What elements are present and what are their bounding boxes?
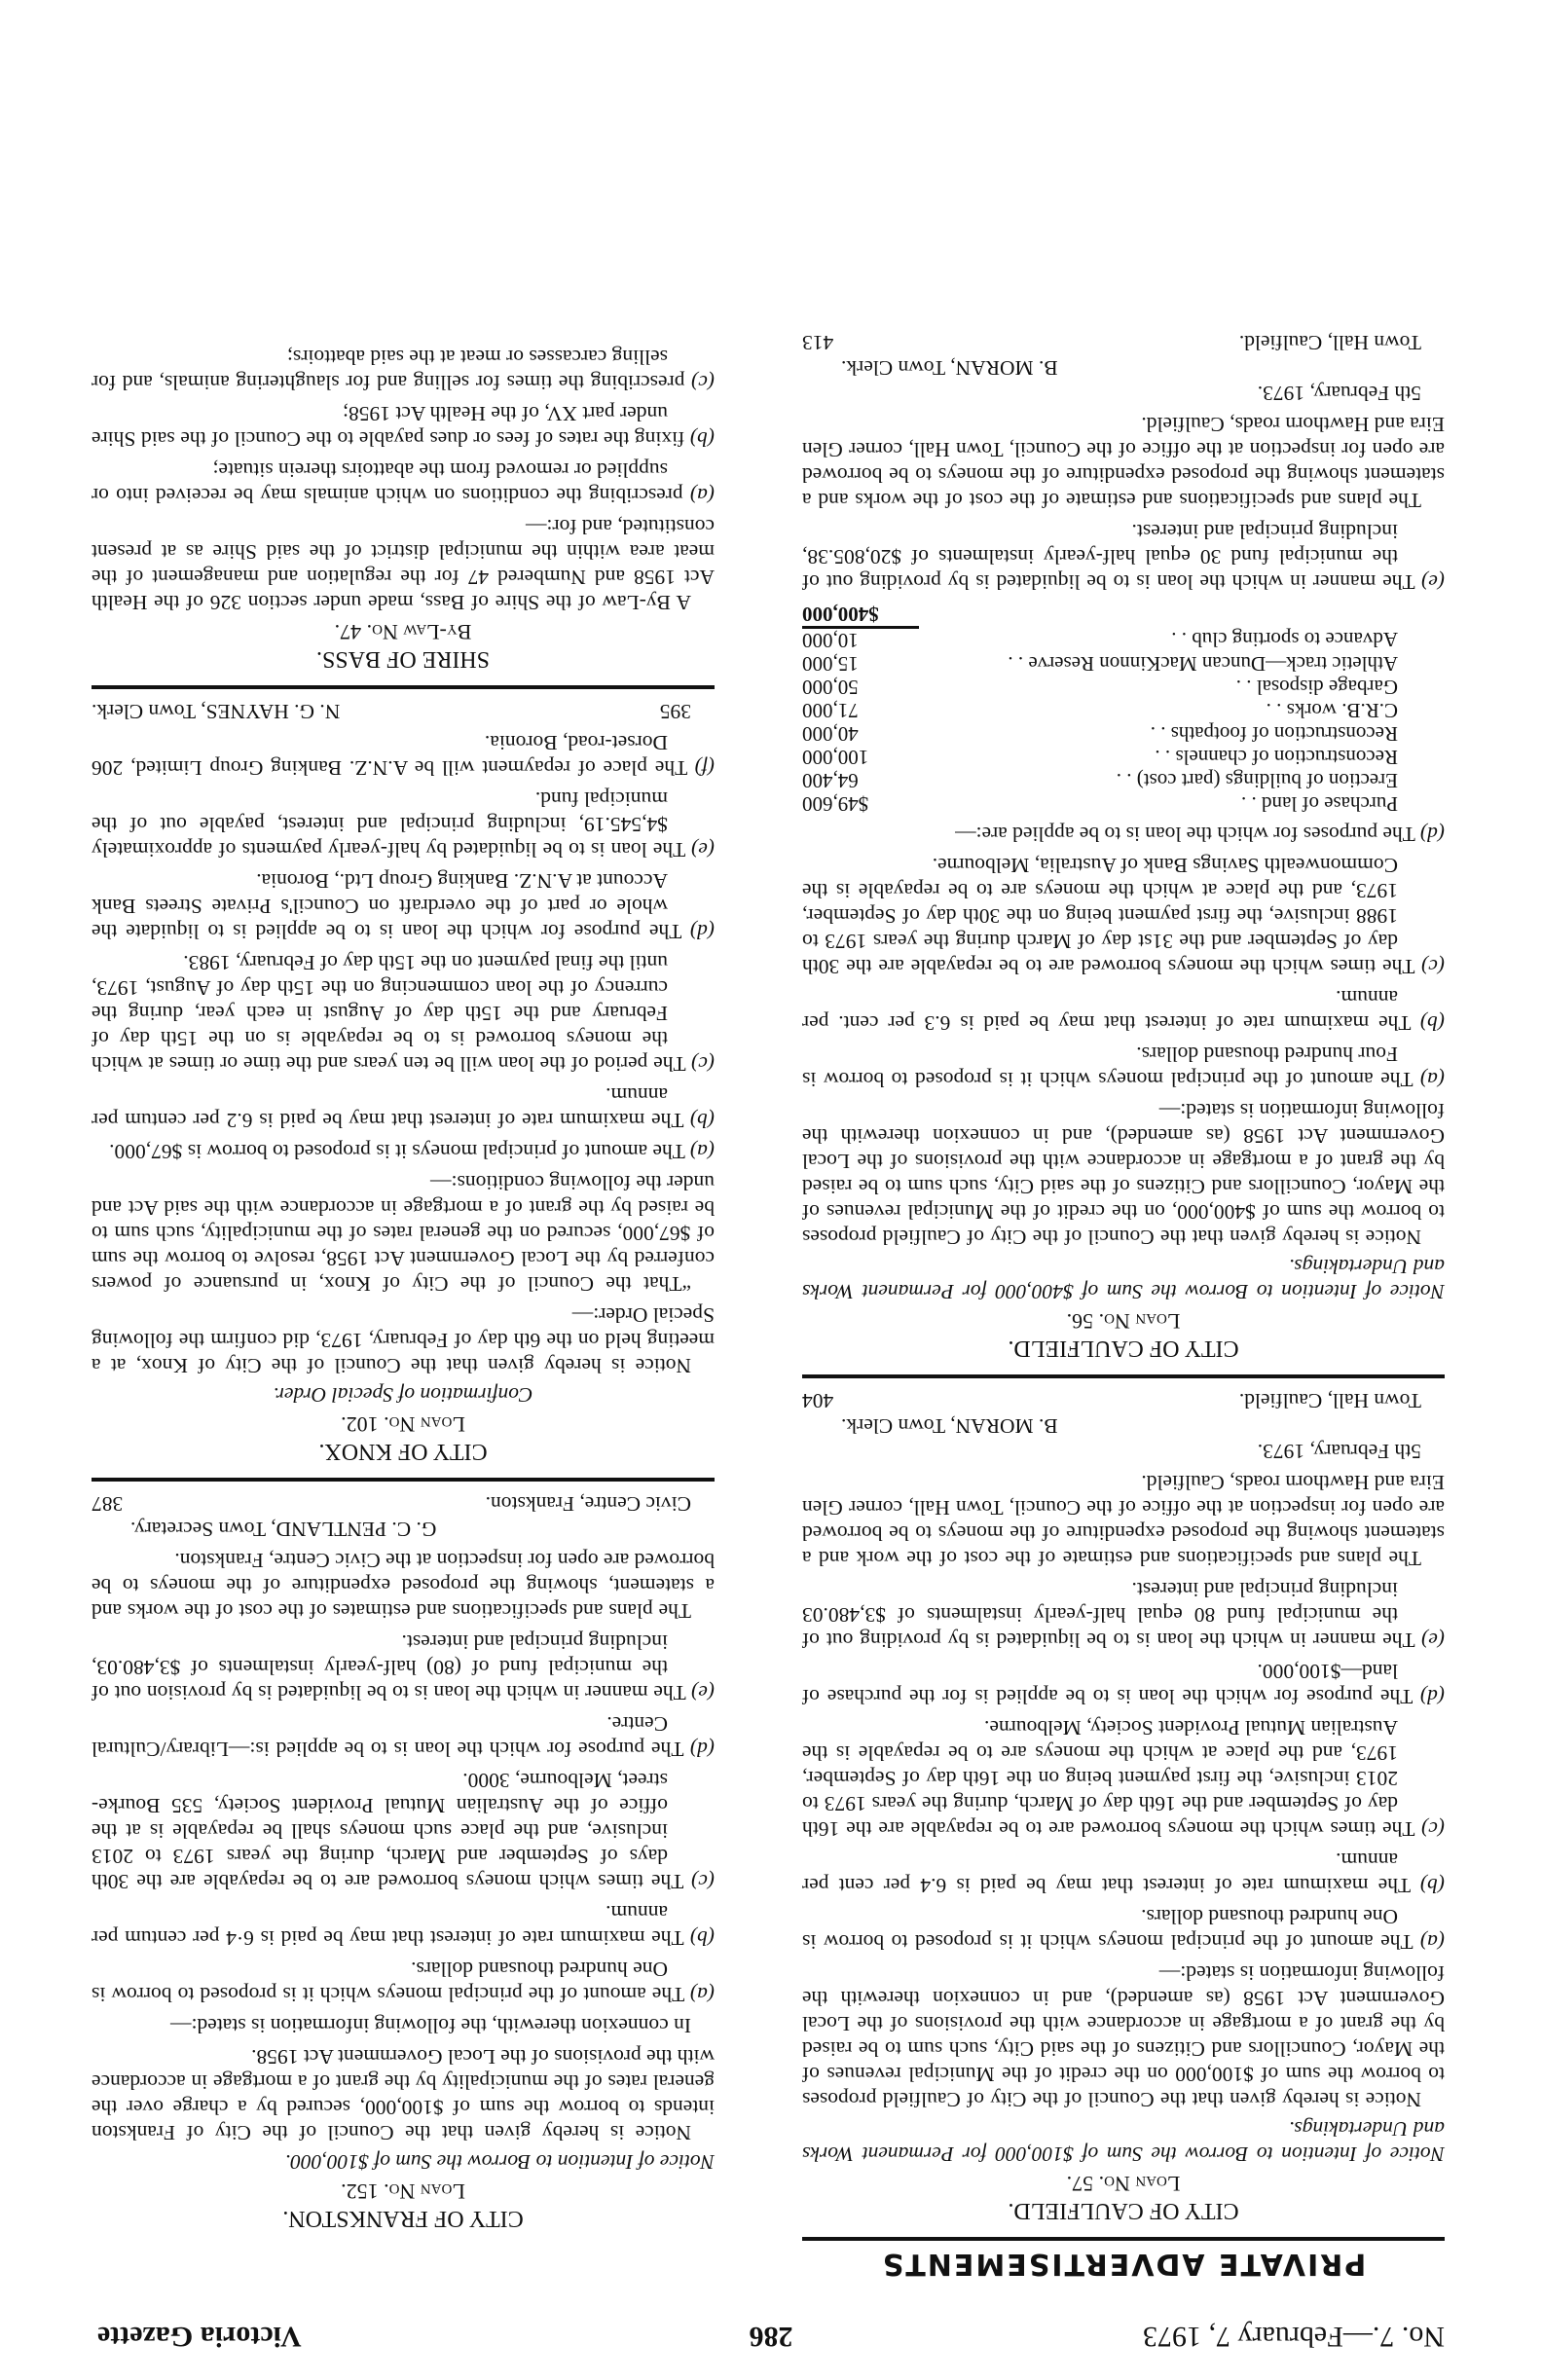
- condition-item: (a) The amount of principal moneys it is…: [92, 1139, 715, 1164]
- item-text: The amount of the principal moneys which…: [802, 1905, 1420, 1954]
- condition-item: (c) prescribing the times for selling an…: [92, 345, 715, 395]
- notice-title: Notice of Intention to Borrow the Sum of…: [802, 1254, 1445, 1304]
- notice-intro: Notice is hereby given that the Council …: [802, 1960, 1445, 2112]
- item-text: The amount of principal moneys it is pro…: [109, 1140, 690, 1163]
- purpose-row: C.R.B. works . .71,000: [802, 699, 1445, 722]
- item-label: (b): [1420, 1874, 1445, 1897]
- item-text: The purpose for which the loan is to be …: [92, 1712, 690, 1761]
- divider: [802, 2237, 1445, 2241]
- item-label: (d): [690, 1738, 715, 1761]
- item-text: The period of the loan will be ten years…: [92, 951, 691, 1076]
- item-label: (e): [1421, 1629, 1445, 1652]
- divider: [802, 1374, 1445, 1378]
- purpose-amount: $49,600: [802, 792, 919, 816]
- item-text: prescribing the times for selling and fo…: [92, 346, 691, 394]
- item-text: The times which the moneys borrowed are …: [802, 1716, 1421, 1841]
- purpose-amount: 50,000: [802, 676, 919, 699]
- condition-item: (c) The period of the loan will be ten y…: [92, 950, 715, 1077]
- divider: [92, 685, 715, 689]
- notice-heading: CITY OF KNOX.: [92, 1439, 715, 1464]
- notice-date: 5th February, 1973.: [802, 381, 1445, 406]
- item-label: (c): [1421, 955, 1445, 978]
- condition-item: (a) prescribing the conditions on which …: [92, 458, 715, 508]
- notice-heading: CITY OF CAULFIELD.: [802, 2198, 1445, 2223]
- item-text: The purposes for which the loan is to be…: [955, 823, 1420, 846]
- loan-number: Loan No. 152.: [92, 2179, 715, 2204]
- item-text: The purpose for which the loan is to be …: [92, 869, 690, 943]
- condition-list: (a) prescribing the conditions on which …: [92, 345, 715, 508]
- condition-list: (a) The amount of the principal moneys w…: [802, 1577, 1445, 1955]
- condition-item: (e) The loan is to be liquidated by half…: [92, 787, 715, 862]
- page-header: No. 7.—February 7, 1973 286 Victoria Gaz…: [58, 2314, 1484, 2353]
- loan-number: Loan No. 102.: [92, 1411, 715, 1437]
- signatory: B. MORAN, Town Clerk.: [841, 355, 1445, 381]
- item-label: (a): [1420, 1930, 1445, 1954]
- purpose-total: $400,000: [802, 603, 919, 628]
- condition-item: (a) The amount of the principal moneys w…: [802, 1904, 1445, 1955]
- notice-title: Notice of Intention to Borrow the Sum of…: [92, 2149, 715, 2175]
- divider: [92, 1478, 715, 1482]
- reference-number: 404: [802, 1388, 833, 1413]
- item-label: (b): [690, 1926, 715, 1950]
- item-text: The maximum rate of interest that may be…: [802, 986, 1420, 1035]
- reference-number: 387: [92, 1491, 123, 1517]
- purpose-row: Garbage disposal . .50,000: [802, 676, 1445, 699]
- purpose-amount: 15,000: [802, 652, 919, 676]
- condition-item: (b) The maximum rate of interest that ma…: [802, 1848, 1445, 1898]
- condition-item: (e) The manner in which the loan is to b…: [802, 519, 1445, 595]
- signatory: G. C. PENTLAND, Town Secretary.: [130, 1517, 715, 1542]
- bylaw-number: By-Law No. 47.: [92, 619, 715, 644]
- notice-bass-bylaw-47: SHIRE OF BASS. By-Law No. 47. A By-Law o…: [92, 345, 715, 672]
- signature-place-line: 395 N. G. HAYNES, Town Clerk.: [92, 699, 715, 724]
- notice-intro: Notice is hereby given that the Council …: [92, 2044, 715, 2145]
- purpose-row: Advance to sporting club . .10,000: [802, 628, 1445, 653]
- item-label: (b): [1420, 1011, 1445, 1035]
- purpose-description: Reconstruction of channels . .: [919, 746, 1445, 769]
- item-label: (c): [691, 1870, 715, 1893]
- item-text: The times which the moneys borrowed are …: [802, 854, 1421, 978]
- purpose-row: Erection of buildings (part cost) . .64,…: [802, 769, 1445, 792]
- purpose-row: Reconstruction of footpaths . .40,000: [802, 722, 1445, 746]
- condition-list: (a) The amount of principal moneys it is…: [92, 730, 715, 1164]
- notice-heading: CITY OF CAULFIELD.: [802, 1336, 1445, 1361]
- item-text: The amount of the principal moneys which…: [802, 1043, 1420, 1091]
- condition-item: (b) fixing the rates of fees or dues pay…: [92, 401, 715, 452]
- item-label: (d): [1420, 1685, 1445, 1708]
- place: Town Hall, Caulfield.: [1239, 1388, 1421, 1413]
- item-text: The times which moneys borrowed are to b…: [92, 1769, 691, 1893]
- notice-heading: CITY OF FRANKSTON.: [92, 2206, 715, 2231]
- condition-item: (f) The place of repayment will be A.N.Z…: [92, 730, 715, 781]
- item-label: (a): [690, 1983, 715, 2006]
- condition-item: (d) The purpose for which the loan is to…: [92, 868, 715, 944]
- condition-list: (a) The amount of the principal moneys w…: [92, 1629, 715, 2007]
- item-text: The place of repayment will be A.N.Z. Ba…: [92, 731, 695, 780]
- place: Town Hall, Caulfield.: [1239, 330, 1421, 355]
- item-text: fixing the rates of fees or dues payable…: [92, 402, 690, 451]
- purpose-description: Erection of buildings (part cost) . .: [919, 769, 1445, 792]
- item-text: The maximum rate of interest that may be…: [802, 1849, 1420, 1897]
- plans-statement: The plans and specifications and estimat…: [802, 1470, 1445, 1571]
- loan-number: Loan No. 56.: [802, 1308, 1445, 1334]
- signatory: N. G. HAYNES, Town Clerk.: [92, 699, 340, 724]
- condition-item: (e) The manner in which the loan is to b…: [802, 1577, 1445, 1653]
- purpose-row: Reconstruction of channels . .100,000: [802, 746, 1445, 769]
- special-order: “That the Council of the City of Knox, i…: [92, 1170, 715, 1297]
- item-text: The maximum rate of interest that may be…: [92, 1083, 690, 1132]
- purpose-description: Reconstruction of footpaths . .: [919, 722, 1445, 746]
- plans-statement: The plans and specifications and estimat…: [802, 412, 1445, 513]
- purpose-amount: 40,000: [802, 722, 919, 746]
- condition-list: (a) The amount of the principal moneys w…: [802, 822, 1445, 1092]
- item-label: (e): [691, 1681, 715, 1704]
- condition-item: (b) The maximum rate of interest that ma…: [92, 1082, 715, 1133]
- item-label: (f): [695, 756, 715, 780]
- purpose-amount: 100,000: [802, 746, 919, 769]
- item-label: (d): [1420, 823, 1445, 846]
- item-text: The manner in which the loan is to be li…: [802, 1578, 1421, 1652]
- purpose-description: Garbage disposal . .: [919, 676, 1445, 699]
- purpose-description: Purchase of land . .: [919, 792, 1445, 816]
- signature-place-line: Civic Centre, Frankston. 387: [92, 1491, 715, 1517]
- condition-item: (b) The maximum rate of interest that ma…: [92, 1900, 715, 1951]
- item-text: The amount of the principal moneys which…: [92, 1958, 690, 2006]
- notice-caulfield-loan-56: CITY OF CAULFIELD. Loan No. 56. Notice o…: [802, 330, 1445, 1361]
- item-label: (c): [691, 371, 715, 394]
- reference-number: 395: [660, 699, 691, 724]
- notice-frankston-loan-152: CITY OF FRANKSTON. Loan No. 152. Notice …: [92, 1491, 715, 2231]
- purpose-description: Athletic track—Duncan MacKinnon Reserve …: [919, 652, 1445, 676]
- item-label: (b): [690, 1109, 715, 1132]
- reference-number: 413: [802, 330, 833, 355]
- item-text: The manner in which the loan is to be li…: [92, 1630, 691, 1704]
- gazette-page: No. 7.—February 7, 1973 286 Victoria Gaz…: [0, 0, 1542, 2380]
- signature-place-line: Town Hall, Caulfield. 413: [802, 330, 1445, 355]
- purpose-row: Athletic track—Duncan MacKinnon Reserve …: [802, 652, 1445, 676]
- condition-item: (a) The amount of the principal moneys w…: [802, 1042, 1445, 1092]
- condition-item: (e) The manner in which the loan is to b…: [92, 1629, 715, 1705]
- purpose-amount: 71,000: [802, 699, 919, 722]
- item-label: (c): [1421, 1817, 1445, 1841]
- notice-knox-loan-102: CITY OF KNOX. Loan No. 102. Confirmation…: [92, 699, 715, 1464]
- condition-item: (d) The purposes for which the loan is t…: [802, 822, 1445, 847]
- condition-item: (d) The purpose for which the loan is to…: [802, 1659, 1445, 1709]
- notice-intro: Notice is hereby given that the Council …: [802, 1098, 1445, 1250]
- purpose-row: Purchase of land . .$49,600: [802, 792, 1445, 816]
- signatory: B. MORAN, Town Clerk.: [841, 1413, 1445, 1439]
- item-text: The loan is to be liquidated by half-yea…: [92, 787, 691, 861]
- signature-place-line: Town Hall, Caulfield. 404: [802, 1388, 1445, 1413]
- notice-title: Confirmation of Special Order.: [92, 1382, 715, 1408]
- condition-item: (c) The times which the moneys borrowed …: [802, 853, 1445, 979]
- connexion-statement: In connexion therewith, the following in…: [92, 2013, 715, 2038]
- publication-title: Victoria Gazette: [97, 2320, 302, 2353]
- condition-item: (b) The maximum rate of interest that ma…: [802, 985, 1445, 1036]
- item-label: (a): [690, 1140, 715, 1163]
- item-label: (b): [690, 427, 715, 451]
- item-label: (a): [1420, 1068, 1445, 1091]
- purpose-description: Advance to sporting club . .: [919, 628, 1445, 653]
- condition-item: (a) The amount of the principal moneys w…: [92, 1957, 715, 2007]
- condition-item: (c) The times which the moneys borrowed …: [802, 1715, 1445, 1842]
- column-right: CITY OF FRANKSTON. Loan No. 152. Notice …: [92, 339, 715, 2288]
- notice-title: Notice of Intention to Borrow the Sum of…: [802, 2116, 1445, 2167]
- item-text: The maximum rate of interest that may be…: [92, 1901, 690, 1950]
- notice-intro: A By-Law of the Shire of Bass, made unde…: [92, 514, 715, 615]
- purpose-description: C.R.B. works . .: [919, 699, 1445, 722]
- loan-number: Loan No. 57.: [802, 2171, 1445, 2196]
- plans-statement: The plans and specifications and estimat…: [92, 1548, 715, 1624]
- purposes-table: Purchase of land . .$49,600Erection of b…: [802, 603, 1445, 816]
- section-banner: PRIVATE ADVERTISEMENTS: [802, 2251, 1445, 2276]
- column-left: PRIVATE ADVERTISEMENTS CITY OF CAULFIELD…: [802, 324, 1445, 2288]
- notice-intro: Notice is hereby given that the Council …: [92, 1302, 715, 1378]
- item-label: (d): [690, 920, 715, 943]
- item-label: (c): [691, 1052, 715, 1076]
- notice-caulfield-loan-57: CITY OF CAULFIELD. Loan No. 57. Notice o…: [802, 1388, 1445, 2223]
- purpose-amount: 10,000: [802, 628, 919, 653]
- purpose-total-row: $400,000: [802, 603, 1445, 628]
- place: Civic Centre, Frankston.: [486, 1491, 691, 1517]
- notice-heading: SHIRE OF BASS.: [92, 646, 715, 672]
- item-text: The purpose for which the loan is to be …: [802, 1660, 1420, 1708]
- notice-date: 5th February, 1973.: [802, 1439, 1445, 1464]
- purpose-amount: 64,400: [802, 769, 919, 792]
- item-text: prescribing the conditions on which anim…: [92, 458, 690, 507]
- item-label: (a): [690, 484, 715, 507]
- item-label: (e): [691, 838, 715, 861]
- condition-item: (c) The times which moneys borrowed are …: [92, 1768, 715, 1894]
- condition-item: (d) The purpose for which the loan is to…: [92, 1711, 715, 1762]
